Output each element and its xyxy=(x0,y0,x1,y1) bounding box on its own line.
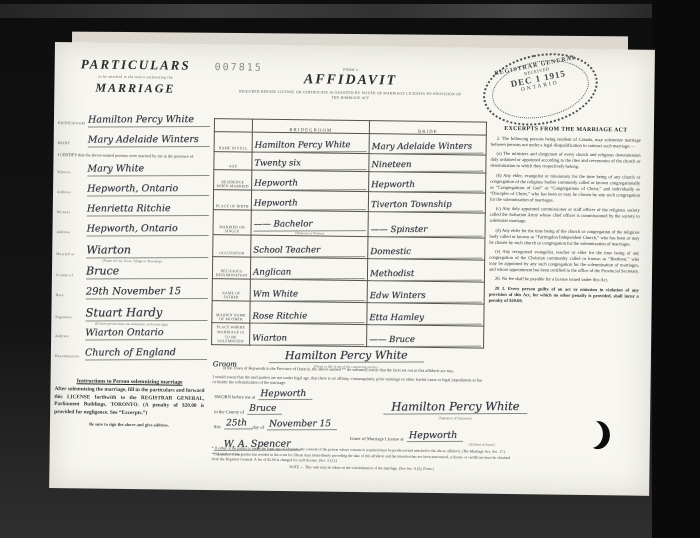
license-at-value: Hepworth xyxy=(407,430,463,442)
field-label: Witness xyxy=(57,170,87,175)
table-row: OCCUPATION School Teacher Domestic xyxy=(213,235,485,261)
row-label: PLACE OF BIRTH xyxy=(213,190,251,210)
field-county: County of Bruce xyxy=(56,262,208,280)
contracting-party-signature: Hamilton Percy White xyxy=(269,348,424,363)
groom-cell: Hamilton Percy White xyxy=(252,132,369,154)
groom-cell: Wm White xyxy=(250,279,367,303)
handwritten-entry: Domestic xyxy=(370,247,482,259)
field-label: Address xyxy=(57,190,87,195)
field-label: Witness xyxy=(57,210,87,215)
footnotes: * If either of the parties is under the … xyxy=(211,446,511,473)
field-value-handwritten: Bruce xyxy=(86,263,208,280)
county-value: Bruce xyxy=(247,404,282,415)
deponent-caption: (Signature of Deponent) xyxy=(380,415,530,421)
table-row: NAME IN FULL Hamilton Percy White Mary A… xyxy=(214,132,486,156)
bride-cell: Tiverton Township xyxy=(368,192,485,214)
excerpt-paragraph: (e) Any recognized evangelist, teacher o… xyxy=(489,249,639,275)
bride-cell: Hepworth xyxy=(369,172,486,194)
field-label: BRIDE xyxy=(58,141,88,146)
table-row: RESIDENCE WHEN MARRIED Hepworth Hepworth xyxy=(214,170,486,194)
row-label: RELIGIOUS DENOMINATION xyxy=(212,257,250,279)
table-row: RELIGIOUS DENOMINATION Anglican Methodis… xyxy=(212,257,484,283)
row-label: MAIDEN NAME OF MOTHER xyxy=(212,301,250,323)
day-label-2: day of xyxy=(252,425,264,430)
row-label: RESIDENCE WHEN MARRIED xyxy=(214,170,252,190)
affidavit-header: FORM 2 AFFIDAVIT REQUIRED BEFORE LICENSE… xyxy=(214,66,486,102)
excerpt-paragraph: (a) The ministers and clergymen of every… xyxy=(490,151,640,171)
field-label: County of xyxy=(56,273,86,278)
deponent-signature: Hamilton Percy White xyxy=(383,399,527,415)
instructions-note: Be sure to sign the above and give addre… xyxy=(54,421,204,428)
field-address-1: Address Hepworth, Ontario xyxy=(57,181,209,197)
handwritten-entry: Mary Adelaide Winters xyxy=(372,142,484,154)
particulars-subtitle: to be attached to the notice authorizing… xyxy=(61,74,211,80)
handwritten-entry: Hepworth xyxy=(254,178,366,190)
handwritten-entry: Rose Ritchie xyxy=(252,311,364,323)
row-label: AGE xyxy=(214,152,252,170)
handwritten-entry: Hamilton Percy White xyxy=(255,140,367,152)
handwritten-entry: Wiarton xyxy=(252,333,364,345)
excerpt-paragraph: (b) Any elder, evangelist or missionary … xyxy=(490,172,640,204)
field-label: Signature xyxy=(55,315,85,320)
row-label: NAME OF FATHER xyxy=(212,279,250,301)
field-label: Address xyxy=(56,230,86,235)
field-address-2: Address Hepworth, Ontario xyxy=(56,221,208,237)
groom-cell: Wiarton xyxy=(250,323,367,347)
field-value-handwritten: 29th November 15 xyxy=(86,285,208,300)
handwritten-entry: Etta Hamley xyxy=(369,313,481,325)
groom-cell: School Teacher xyxy=(251,235,368,259)
handwritten-entry: —— Spinster xyxy=(371,225,483,237)
film-scratch-streak xyxy=(0,4,700,18)
affidavit-title: AFFIDAVIT xyxy=(214,71,486,91)
field-value-handwritten: Hepworth, Ontario xyxy=(87,182,209,197)
handwritten-entry: Hepworth xyxy=(371,180,483,192)
scanned-affidavit-document: PARTICULARS to be attached to the notice… xyxy=(49,42,655,496)
handwritten-entry: Methodist xyxy=(370,269,482,281)
handwritten-entry: Nineteen xyxy=(371,160,483,172)
crescent-ink-artifact xyxy=(586,421,612,451)
county-label: in the County of xyxy=(214,409,244,414)
microfilm-background: PARTICULARS to be attached to the notice… xyxy=(0,0,700,538)
table-row: NAME OF FATHER Wm White Edw Winters xyxy=(212,279,484,305)
field-witness-1: Witness Mary White xyxy=(57,161,209,177)
field-value-handwritten: Hamilton Percy White xyxy=(88,113,210,128)
field-label: Married at xyxy=(56,252,86,257)
oath-line-2: I would swear that the said parties are … xyxy=(213,374,485,388)
excerpt-paragraph: 2. The following persons being resident … xyxy=(491,136,641,150)
excerpt-paragraph: (c) Any duly appointed commissioner or s… xyxy=(490,206,640,226)
film-right-band xyxy=(652,0,700,538)
groom-cell: Hepworth xyxy=(251,190,368,212)
bride-cell: —— Bruce xyxy=(367,325,484,349)
instructions-title: Instructions to Person solemnizing marri… xyxy=(55,378,205,386)
field-denomination: Denomination Church of England xyxy=(55,345,207,361)
field-value-handwritten: Henrietta Ritchie xyxy=(87,202,209,217)
certify-statement: I CERTIFY that the above-named persons w… xyxy=(57,152,209,159)
field-value-handwritten: Church of England xyxy=(85,346,207,361)
day-label: this xyxy=(214,424,221,429)
month-value: November 15 xyxy=(267,419,337,430)
license-at-caption: (Address of Issuer) xyxy=(442,442,522,447)
field-value-handwritten: Mary White xyxy=(87,162,209,177)
groom-cell: —— Bachelor (Widower or Widow) xyxy=(251,210,368,237)
field-signature: Signature Stuart Hardy xyxy=(55,304,207,322)
particulars-header: PARTICULARS to be attached to the notice… xyxy=(60,56,210,97)
groom-cell: Rose Ritchie xyxy=(250,301,367,325)
field-label: Date xyxy=(56,293,86,298)
deponent-signature-block: Hamilton Percy White (Signature of Depon… xyxy=(380,396,530,420)
table-row: MAIDEN NAME OF MOTHER Rose Ritchie Etta … xyxy=(212,301,484,327)
bride-cell: Etta Hamley xyxy=(367,303,484,327)
bride-cell: Methodist xyxy=(367,259,484,283)
row-label: OCCUPATION xyxy=(213,235,251,257)
excerpt-paragraph: (d) Any elder for the time being of the … xyxy=(489,227,639,247)
registrar-general-received-stamp: REGISTRAR GENERAL RECEIVED DEC 1 1915 ON… xyxy=(477,44,604,135)
instructions-box: Instructions to Person solemnizing marri… xyxy=(54,378,205,428)
bride-cell: —— Spinster xyxy=(368,212,485,239)
excerpts-column: EXCERPTS FROM THE MARRIAGE ACT 2. The fo… xyxy=(489,126,641,309)
bride-cell: Edw Winters xyxy=(367,281,484,305)
bride-cell: Mary Adelaide Winters xyxy=(369,134,486,156)
row-label: PLACE WHERE MARRIAGE IS TO BE SOLEMNIZED xyxy=(212,323,250,345)
bride-cell: Domestic xyxy=(368,237,485,261)
field-value-handwritten: Hepworth, Ontario xyxy=(87,222,209,237)
license-issuer-line: Issuer of Marriage License at Hepworth xyxy=(350,429,530,443)
excerpt-paragraph-penalty: 28 2. Every person guilty of an act or o… xyxy=(489,285,639,305)
table-row: MARRIED OR SINGLE —— Bachelor (Widower o… xyxy=(213,210,485,239)
handwritten-entry: —— Bruce xyxy=(369,335,481,347)
handwritten-entry: Edw Winters xyxy=(370,291,482,303)
row-label: NAME IN FULL xyxy=(214,132,252,152)
excerpt-paragraph: 26. No fee shall be payable for a licens… xyxy=(489,276,639,284)
sworn-at-label: SWORN before me at xyxy=(214,394,255,400)
field-bride: BRIDE Mary Adelaide Winters xyxy=(58,132,210,148)
field-label: Denomination xyxy=(55,354,85,359)
groom-cell: Hepworth xyxy=(252,170,369,192)
particulars-title: PARTICULARS xyxy=(61,56,211,74)
table-row: AGE Twenty six Nineteen xyxy=(214,152,486,174)
field-value-handwritten: Wiarton Ontario xyxy=(85,326,207,341)
instructions-body: After solemnizing the marriage, fill in … xyxy=(54,386,204,419)
excerpts-title: EXCERPTS FROM THE MARRIAGE ACT xyxy=(491,126,641,134)
license-at-label: Issuer of Marriage License at xyxy=(350,436,404,442)
field-bridegroom: BRIDEGROOM Hamilton Percy White xyxy=(58,112,210,128)
groom-cell: Anglican xyxy=(250,257,367,281)
handwritten-entry: School Teacher xyxy=(253,245,365,257)
handwritten-entry: Wm White xyxy=(253,289,365,301)
day-value: 25th xyxy=(224,418,253,429)
field-date: Date 29th November 15 xyxy=(56,284,208,300)
sworn-at-line: SWORN before me at Hepworth xyxy=(214,388,354,401)
field-value-handwritten: Mary Adelaide Winters xyxy=(88,133,210,148)
bride-cell: Nineteen xyxy=(369,154,486,174)
handwritten-entry: Anglican xyxy=(253,267,365,279)
marriage-title: MARRIAGE xyxy=(60,80,210,97)
handwritten-entry: —— Bachelor xyxy=(254,219,366,231)
row-label: MARRIED OR SINGLE xyxy=(213,210,251,235)
field-address-3: Address Wiarton Ontario xyxy=(55,325,207,341)
groom-cell: Twenty six xyxy=(252,152,369,172)
handwritten-entry: Tiverton Township xyxy=(371,200,483,212)
affidavit-table: BRIDEGROOM BRIDE NAME IN FULL Hamilton P… xyxy=(211,118,487,349)
handwritten-entry: Hepworth xyxy=(254,198,366,210)
county-line: in the County of Bruce xyxy=(214,403,354,416)
date-line: this 25th day of November 15 xyxy=(214,418,354,431)
corner-cell xyxy=(214,119,252,132)
field-value-handwritten: Stuart Hardy xyxy=(85,305,207,322)
field-label: BRIDEGROOM xyxy=(58,121,88,126)
particulars-fields: BRIDEGROOM Hamilton Percy White BRIDE Ma… xyxy=(55,112,210,367)
handwritten-entry: Twenty six xyxy=(254,158,366,170)
table-row: PLACE OF BIRTH Hepworth Tiverton Townshi… xyxy=(213,190,485,214)
field-witness-2: Witness Henrietta Ritchie xyxy=(57,201,209,217)
field-label: Address xyxy=(55,334,85,339)
field-value-handwritten: Wiarton xyxy=(86,242,208,259)
field-married-at: Married at Wiarton xyxy=(56,241,208,259)
sworn-at-value: Hepworth xyxy=(258,389,312,400)
